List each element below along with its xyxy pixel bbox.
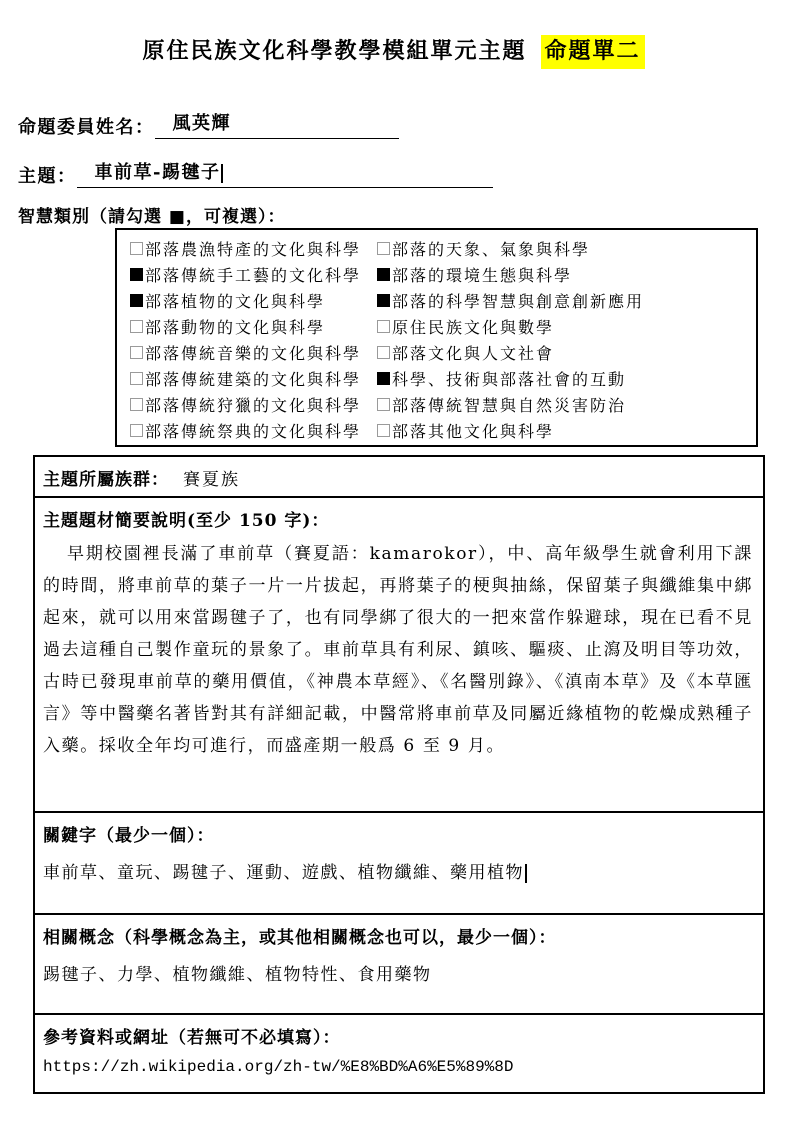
category-item: 部落動物的文化與科學 [130,313,377,339]
committee-name-label: 命題委員姓名： [18,117,155,138]
category-item-label: 部落的環境生態與科學 [392,263,572,286]
category-item: 部落的天象、氣象與科學 [377,235,756,261]
category-item-label: 部落農漁特產的文化與科學 [145,237,361,260]
category-section-heading: 智慧類別（請勾選 ■，可複選）： [18,202,285,227]
category-item: 部落傳統音樂的文化與科學 [130,339,377,365]
category-item-label: 部落文化與人文社會 [392,341,554,364]
category-item: 部落的科學智慧與創意創新應用 [377,287,756,313]
concepts-row: 相關概念（科學概念為主，或其他相關概念也可以，最少一個）： 踢毽子、力學、植物纖… [35,915,763,1015]
category-item-label: 部落傳統狩獵的文化與科學 [145,393,361,416]
category-item: 部落文化與人文社會 [377,339,756,365]
ethnic-group-label: 主題所屬族群： [43,470,169,490]
reference-url[interactable]: https://zh.wikipedia.org/zh-tw/%E8%BD%A6… [43,1058,753,1076]
category-column-left: 部落農漁特產的文化與科學部落傳統手工藝的文化科學部落植物的文化與科學部落動物的文… [130,230,377,445]
category-item: 部落傳統手工藝的文化科學 [130,261,377,287]
category-item-label: 部落傳統音樂的文化與科學 [145,341,361,364]
category-item: 部落傳統建築的文化與科學 [130,365,377,391]
ethnic-group-value[interactable]: 賽夏族 [183,470,240,490]
topic-input[interactable]: 車前草-踢毽子 [77,158,493,188]
ethnic-group-row: 主題所屬族群：賽夏族 [35,457,763,498]
category-item-label: 科學、技術與部落社會的互動 [392,367,626,390]
category-item-label: 部落傳統祭典的文化與科學 [145,419,361,442]
category-item-label: 部落傳統手工藝的文化科學 [145,263,361,286]
concepts-value[interactable]: 踢毽子、力學、植物纖維、植物特性、食用藥物 [43,960,753,985]
category-item: 部落傳統狩獵的文化與科學 [130,391,377,417]
text-cursor [525,864,527,883]
category-item-label: 部落動物的文化與科學 [145,315,325,338]
page-title-main: 原住民族文化科學教學模組單元主題 [142,38,526,64]
checked-checkbox-icon[interactable] [130,294,143,307]
category-item: 原住民族文化與數學 [377,313,756,339]
committee-name-input[interactable]: 風英輝 [155,109,399,139]
text-cursor [221,164,223,183]
category-item: 部落其他文化與科學 [377,417,756,443]
unchecked-checkbox-icon[interactable] [377,424,390,437]
category-item: 部落傳統智慧與自然災害防治 [377,391,756,417]
unchecked-checkbox-icon[interactable] [130,398,143,411]
topic-label: 主題： [18,166,77,187]
unchecked-checkbox-icon[interactable] [130,372,143,385]
committee-name-field: 命題委員姓名：風英輝 [18,109,399,139]
unchecked-checkbox-icon[interactable] [130,320,143,333]
category-item: 部落農漁特產的文化與科學 [130,235,377,261]
unchecked-checkbox-icon[interactable] [130,242,143,255]
checked-checkbox-icon[interactable] [130,268,143,281]
category-item-label: 部落其他文化與科學 [392,419,554,442]
unchecked-checkbox-icon[interactable] [130,346,143,359]
category-column-right: 部落的天象、氣象與科學部落的環境生態與科學部落的科學智慧與創意創新應用原住民族文… [377,230,756,445]
category-checkbox-panel: 部落農漁特產的文化與科學部落傳統手工藝的文化科學部落植物的文化與科學部落動物的文… [115,228,758,447]
category-item: 部落植物的文化與科學 [130,287,377,313]
unchecked-checkbox-icon[interactable] [377,346,390,359]
checked-checkbox-icon[interactable] [377,294,390,307]
committee-name-value: 風英輝 [173,113,232,134]
category-item: 科學、技術與部落社會的互動 [377,365,756,391]
category-item-label: 部落植物的文化與科學 [145,289,325,312]
topic-value: 車前草-踢毽子 [95,162,221,183]
category-item-label: 部落的科學智慧與創意創新應用 [392,289,644,312]
details-table: 主題所屬族群：賽夏族 主題題材簡要說明(至少 150 字)： 早期校園裡長滿了車… [33,455,765,1094]
unchecked-checkbox-icon[interactable] [377,320,390,333]
category-item: 部落的環境生態與科學 [377,261,756,287]
category-item: 部落傳統祭典的文化與科學 [130,417,377,443]
category-item-label: 部落傳統智慧與自然災害防治 [392,393,626,416]
description-row: 主題題材簡要說明(至少 150 字)： 早期校園裡長滿了車前草（賽夏語：kama… [35,498,763,813]
unchecked-checkbox-icon[interactable] [130,424,143,437]
reference-row: 參考資料或網址（若無可不必填寫）： https://zh.wikipedia.o… [35,1015,763,1092]
reference-label: 參考資料或網址（若無可不必填寫）： [43,1023,753,1048]
page-title: 原住民族文化科學教學模組單元主題命題單二 [0,34,787,65]
keywords-row: 關鍵字（最少一個）： 車前草、童玩、踢毽子、運動、遊戲、植物纖維、藥用植物 [35,813,763,915]
keywords-label: 關鍵字（最少一個）： [43,821,753,846]
checked-checkbox-icon[interactable] [377,268,390,281]
keywords-value: 車前草、童玩、踢毽子、運動、遊戲、植物纖維、藥用植物 [43,863,524,883]
unchecked-checkbox-icon[interactable] [377,242,390,255]
category-item-label: 部落的天象、氣象與科學 [392,237,590,260]
concepts-label: 相關概念（科學概念為主，或其他相關概念也可以，最少一個）： [43,923,753,948]
description-label: 主題題材簡要說明(至少 150 字)： [43,506,753,531]
keywords-value-line[interactable]: 車前草、童玩、踢毽子、運動、遊戲、植物纖維、藥用植物 [43,858,753,883]
category-item-label: 部落傳統建築的文化與科學 [145,367,361,390]
unchecked-checkbox-icon[interactable] [377,398,390,411]
category-item-label: 原住民族文化與數學 [392,315,554,338]
topic-field: 主題：車前草-踢毽子 [18,158,493,188]
page-title-highlight: 命題單二 [541,35,645,69]
description-text[interactable]: 早期校園裡長滿了車前草（賽夏語：kamarokor），中、高年級學生就會利用下課… [43,538,753,762]
checked-checkbox-icon[interactable] [377,372,390,385]
